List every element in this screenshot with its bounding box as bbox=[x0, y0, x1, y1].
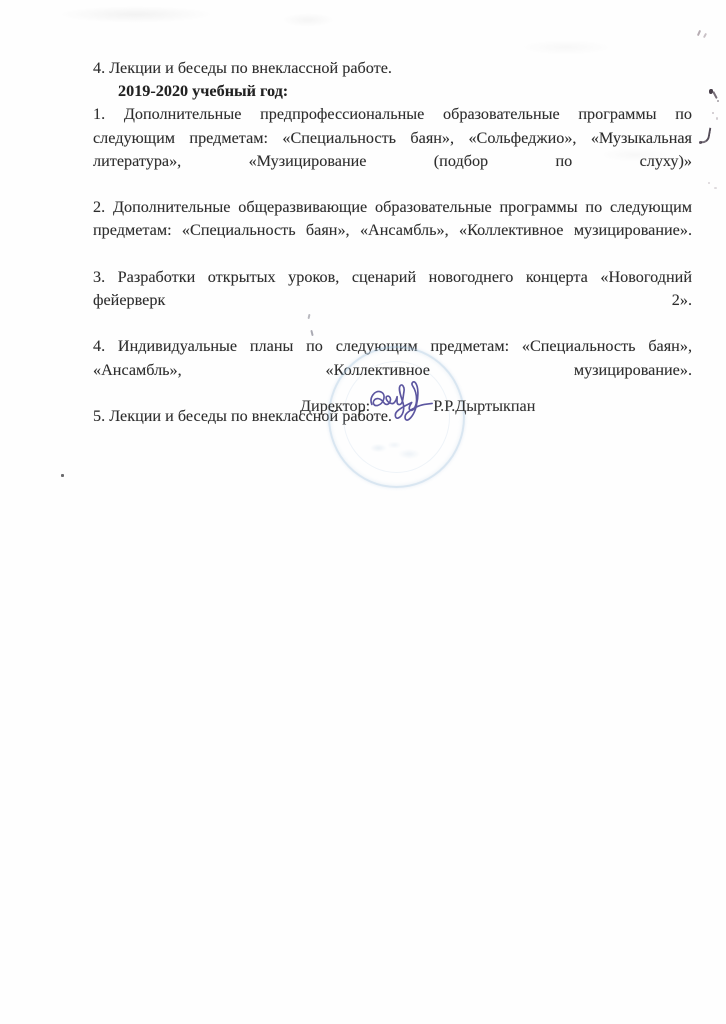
ink-speck bbox=[714, 187, 717, 189]
ink-speck bbox=[716, 117, 718, 120]
scan-smudge bbox=[520, 40, 612, 55]
ink-speck bbox=[717, 100, 719, 102]
ink-speck bbox=[697, 30, 701, 36]
director-name: Р.Р.Дыртыкпан bbox=[433, 396, 535, 416]
scan-smudge bbox=[282, 13, 334, 27]
ink-speck bbox=[701, 126, 712, 144]
year-heading: 2019-2020 учебный год: bbox=[93, 80, 692, 103]
document-body: 4. Лекции и беседы по внеклассной работе… bbox=[93, 57, 692, 451]
ink-speck bbox=[712, 112, 714, 114]
paragraph-item-1: 1. Дополнительные предпрофессиональные о… bbox=[93, 103, 692, 196]
scanned-document-page: 4. Лекции и беседы по внеклассной работе… bbox=[0, 0, 726, 1024]
director-label: Директор: bbox=[300, 396, 370, 416]
ink-speck bbox=[703, 33, 707, 38]
ink-speck bbox=[712, 91, 718, 99]
ink-speck bbox=[61, 474, 64, 477]
scan-smudge bbox=[58, 6, 213, 23]
signature-row: Директор: Р.Р.Дыртыкпан bbox=[300, 396, 535, 416]
paragraph-item-2: 2. Дополнительные общеразвивающие образо… bbox=[93, 196, 692, 266]
paragraph-lectures-previous-year: 4. Лекции и беседы по внеклассной работе… bbox=[93, 57, 692, 80]
ink-speck bbox=[709, 89, 713, 94]
paragraph-item-4: 4. Индивидуальные планы по следующим пре… bbox=[93, 335, 692, 405]
ink-speck bbox=[708, 182, 710, 184]
paragraph-item-3: 3. Разработки открытых уроков, сценарий … bbox=[93, 266, 692, 336]
ink-speck bbox=[699, 141, 702, 144]
